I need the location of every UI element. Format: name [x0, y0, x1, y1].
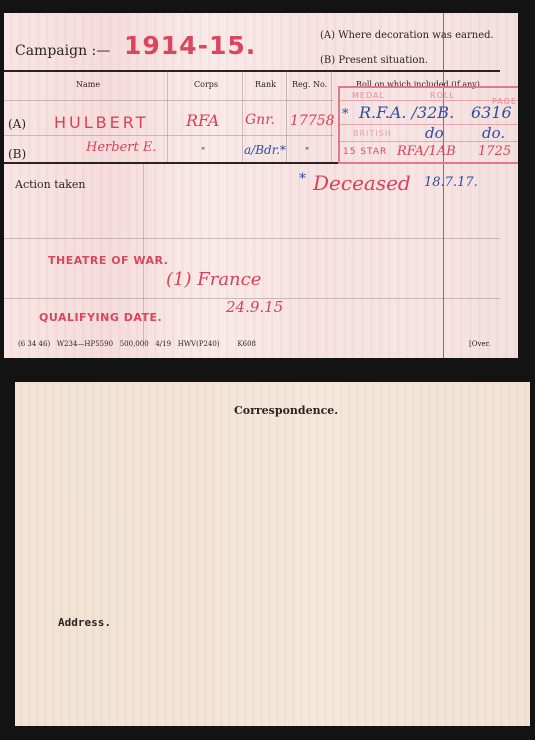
theatre-of-war-stamp: THEATRE OF WAR. [48, 254, 168, 267]
roll-entry-victory-mark: * [342, 107, 349, 122]
stamp-label-medal: MEDAL [352, 91, 385, 100]
header-rule [4, 70, 500, 72]
action-rule [4, 238, 500, 239]
address-label: Address. [58, 616, 111, 629]
col-divider-regno [286, 71, 287, 162]
row-a-name: HULBERT [54, 113, 148, 132]
qualifying-date-value: 24.9.15 [226, 298, 283, 316]
roll-entry-star-roll: RFA/1AB [397, 144, 456, 159]
header-name: Name [76, 80, 100, 89]
header-corps: Corps [194, 80, 218, 89]
action-taken-value: Deceased [313, 171, 411, 195]
stamp-label-15-star: 15 STAR [343, 147, 387, 157]
row-a-corps: RFA [186, 111, 219, 130]
print-code: (6 34 46) W234—HP5590 500,000 4/19 HWV(P… [18, 340, 256, 348]
row-b-rank: a/Bdr.* [244, 143, 286, 157]
table-header-rule [4, 100, 334, 101]
campaign-label: Campaign :— [15, 43, 110, 59]
roll-entry-star-page: 1725 [478, 144, 511, 159]
row-a-rank: Gnr. [245, 112, 275, 128]
roll-entry-british-roll: do [425, 124, 444, 142]
correspondence-label: Correspondence. [234, 404, 338, 417]
over-label: [Over. [469, 340, 490, 348]
action-taken-date: 18.7.17. [424, 175, 478, 190]
qualifying-date-stamp: QUALIFYING DATE. [39, 311, 162, 324]
header-reg-no: Reg. No. [292, 80, 327, 89]
row-b-marker: (B) [8, 147, 26, 161]
medal-card-back: Correspondence. Address. [15, 382, 530, 726]
legend-a: (A) Where decoration was earned. [320, 30, 494, 41]
roll-entry-victory-page: 6316 [471, 103, 512, 122]
row-a-marker: (A) [8, 117, 26, 131]
row-b-reg-no: " [305, 147, 309, 157]
row-a-reg-no: 17758 [290, 113, 335, 129]
theatre-of-war-value: (1) France [166, 269, 261, 290]
row-b-forename: Herbert E. [86, 140, 156, 155]
roll-entry-british-page: do. [482, 124, 505, 142]
legend-b: (B) Present situation. [320, 55, 428, 66]
action-taken-mark: * [299, 171, 306, 187]
action-taken-label: Action taken [15, 178, 86, 191]
medal-card-front: Campaign :— 1914-15. (A) Where decoratio… [4, 13, 518, 358]
stamp-label-british: BRITISH [353, 129, 392, 138]
table-row-rule [4, 135, 334, 136]
roll-entry-victory-roll: R.F.A. /32B. [359, 103, 454, 122]
col-divider-corps [167, 71, 168, 162]
campaign-stamp: 1914-15. [124, 31, 256, 60]
header-rank: Rank [255, 80, 276, 89]
col-divider-rank [242, 71, 243, 162]
stamp-label-roll: ROLL [430, 91, 455, 100]
row-b-corps: " [201, 147, 205, 157]
